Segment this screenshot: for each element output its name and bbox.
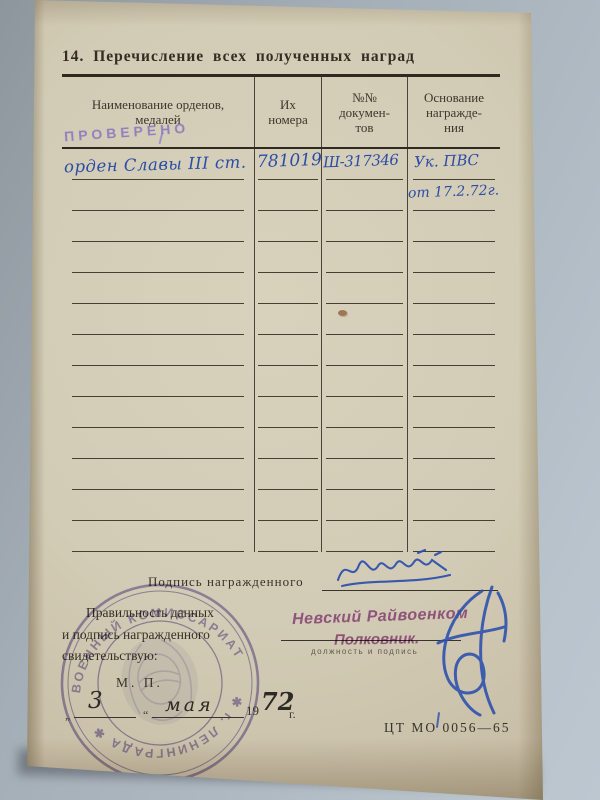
table-cell xyxy=(255,335,322,366)
date-century-printed: 19 xyxy=(246,703,259,719)
table-cell xyxy=(408,304,500,335)
table-cell xyxy=(322,366,408,397)
table-row xyxy=(62,273,500,304)
paper-edge-top xyxy=(27,0,543,26)
table-row xyxy=(62,428,500,459)
table-cell xyxy=(408,490,500,521)
table-row xyxy=(62,397,500,428)
table-cell xyxy=(322,273,408,304)
col-header-award-basis: Основание награжде- ния xyxy=(408,77,500,147)
table-cell xyxy=(62,490,255,521)
table-cell xyxy=(322,397,408,428)
table-cell xyxy=(255,490,322,521)
handwritten-basis-line1: Ук. ПВС xyxy=(414,151,480,171)
table-cell xyxy=(62,304,255,335)
table-cell xyxy=(255,397,322,428)
table-cell xyxy=(322,180,408,211)
table-cell xyxy=(255,211,322,242)
section-title: 14. Перечисление всех полученных наград xyxy=(62,48,415,66)
table-cell xyxy=(408,366,500,397)
section-number: 14. xyxy=(62,48,84,65)
table-cell xyxy=(322,211,408,242)
commissariat-stamp-rank: Полковник. xyxy=(334,630,419,648)
col-header-document-number: №№ докумен- тов xyxy=(322,77,408,147)
ruled-line xyxy=(72,551,245,552)
award-table-body xyxy=(62,149,500,552)
handwritten-month: мая xyxy=(165,694,214,716)
table-cell xyxy=(62,397,255,428)
table-cell xyxy=(62,211,255,242)
table-cell xyxy=(62,273,255,304)
ruled-line xyxy=(258,551,317,552)
date-year-suffix: г. xyxy=(289,707,296,722)
table-row xyxy=(62,366,500,397)
table-cell xyxy=(255,304,322,335)
table-row xyxy=(62,335,500,366)
table-cell xyxy=(408,242,500,273)
table-row xyxy=(62,211,500,242)
table-cell xyxy=(322,242,408,273)
form-code: ЦТ МО 0056—65 xyxy=(384,720,511,736)
table-cell xyxy=(408,211,500,242)
table-cell xyxy=(408,273,500,304)
table-cell xyxy=(62,366,255,397)
table-cell xyxy=(62,335,255,366)
awards-table: Наименование орденов, медалей Их номера … xyxy=(62,74,500,552)
paper-edge-right xyxy=(518,0,543,800)
award-record-card: 14. Перечисление всех полученных наград … xyxy=(0,0,600,800)
paper-stain xyxy=(338,310,347,316)
paper-edge-left xyxy=(27,0,45,800)
table-cell xyxy=(255,428,322,459)
table-cell xyxy=(408,459,500,490)
table-cell xyxy=(62,180,255,211)
table-row xyxy=(62,304,500,335)
table-cell xyxy=(408,397,500,428)
table-cell xyxy=(322,490,408,521)
table-cell xyxy=(255,273,322,304)
seal-place-mark: М. П. xyxy=(116,675,163,691)
table-cell xyxy=(322,335,408,366)
official-signature xyxy=(420,583,515,723)
table-cell xyxy=(62,242,255,273)
handwritten-serial-number: 781019 xyxy=(257,150,323,172)
table-cell xyxy=(62,521,255,552)
table-cell xyxy=(322,304,408,335)
table-cell xyxy=(255,459,322,490)
table-cell xyxy=(62,459,255,490)
col-header-serial-number: Их номера xyxy=(255,77,322,147)
scanned-document-photo: 14. Перечисление всех полученных наград … xyxy=(0,0,600,800)
table-cell xyxy=(62,428,255,459)
handwritten-day: 3 xyxy=(88,688,103,714)
table-row xyxy=(62,490,500,521)
handwritten-basis-line2: от 17.2.72г. xyxy=(408,182,500,201)
date-line-month-rule xyxy=(152,717,244,718)
table-cell xyxy=(255,242,322,273)
table-row xyxy=(62,242,500,273)
table-cell xyxy=(255,521,322,552)
handwritten-document-number: Ш-317346 xyxy=(323,151,399,172)
position-and-signature-label: должность и подпись xyxy=(311,647,418,656)
date-close-quote: “ xyxy=(143,708,148,723)
table-cell xyxy=(255,366,322,397)
date-line-day-rule xyxy=(74,717,136,718)
date-open-quote: „ xyxy=(65,708,70,723)
table-cell xyxy=(322,459,408,490)
table-cell xyxy=(408,428,500,459)
table-cell xyxy=(408,335,500,366)
table-cell xyxy=(322,428,408,459)
table-row xyxy=(62,459,500,490)
section-title-text: Перечисление всех полученных наград xyxy=(93,48,415,65)
table-cell xyxy=(255,180,322,211)
